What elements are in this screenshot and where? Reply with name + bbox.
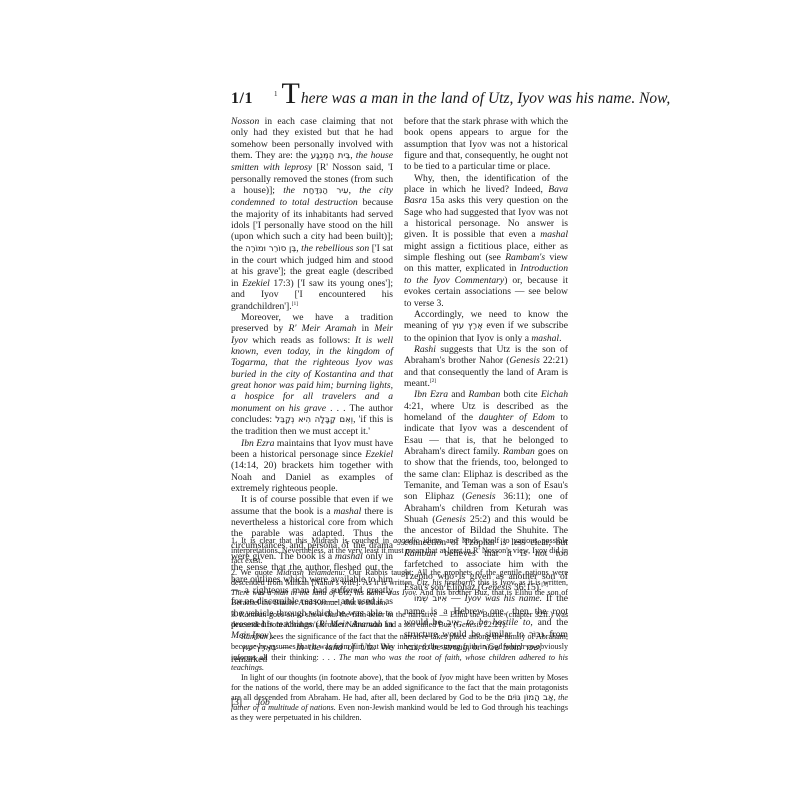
footnote-3-continued: Ramban sees the significance of the fact… (231, 632, 568, 672)
paragraph: Rashi suggests that Utz is the son of Ab… (404, 344, 568, 389)
footnote-ref[interactable]: [2] (430, 378, 436, 384)
footnotes-section: 1. It is clear that this Midrash is couc… (231, 536, 568, 723)
drop-cap: T (282, 77, 300, 110)
verse-number: 1 (274, 90, 278, 98)
paragraph: Accordingly, we need to know the meaning… (404, 309, 568, 344)
book-page: 1/1 1There was a man in the land of Utz,… (0, 0, 800, 800)
footnote-ref[interactable]: [1] (292, 300, 298, 306)
footnote-2: 2. We quote Midrash Yelamdenu: Our Rabbi… (231, 568, 568, 608)
paragraph: Why, then, the identification of the pla… (404, 173, 568, 309)
verse-text: here was a man in the land of Utz, Iyov … (301, 90, 670, 107)
paragraph: Moreover, we have a tradition preserved … (231, 312, 393, 438)
running-title: Job (256, 698, 270, 708)
paragraph: Nosson in each case claiming that not on… (231, 116, 393, 312)
footnote-3-continued: In light of our thoughts (in footnote ab… (231, 673, 568, 723)
page-number: [3] (231, 698, 242, 708)
footnote-3: 3. Ramban goes on to show that the fifth… (231, 610, 568, 630)
page-footer: [3]Job (231, 698, 270, 708)
verse-heading: 1There was a man in the land of Utz, Iyo… (274, 84, 670, 108)
paragraph: before that the stark phrase with which … (404, 116, 568, 173)
chapter-verse-reference: 1/1 (231, 90, 253, 108)
footnote-1: 1. It is clear that this Midrash is couc… (231, 536, 568, 566)
paragraph: Ibn Ezra maintains that Iyov must have b… (231, 438, 393, 495)
